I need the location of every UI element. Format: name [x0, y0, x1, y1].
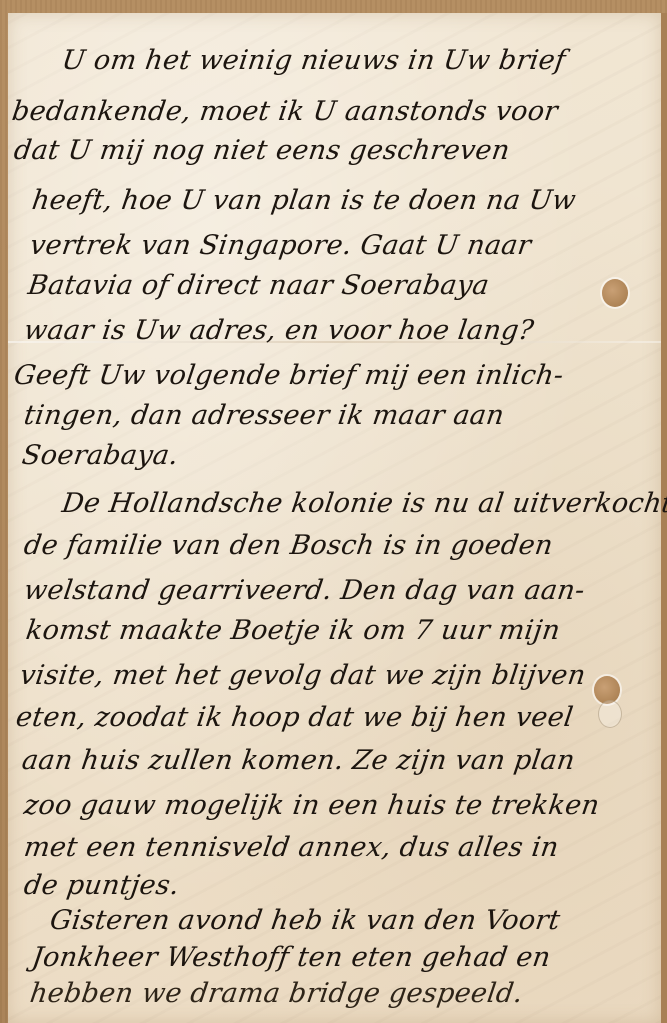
letter-line: welstand gearriveerd. Den dag van aan-: [22, 575, 587, 606]
letter-line: Soerabaya.: [20, 440, 180, 471]
letter-line: vertrek van Singapore. Gaat U naar: [28, 230, 533, 261]
letter-line: Jonkheer Westhoff ten eten gehad en: [30, 942, 553, 973]
letter-line: de familie van den Bosch is in goeden: [22, 530, 555, 561]
letter-line: komst maakte Boetje ik om 7 uur mijn: [24, 615, 562, 646]
letter-line: hebben we drama bridge gespeeld.: [28, 978, 525, 1009]
letter-line: U om het weinig nieuws in Uw brief: [60, 45, 568, 76]
letter-line: de puntjes.: [22, 870, 181, 901]
letter-line: heeft, hoe U van plan is te doen na Uw: [30, 185, 578, 216]
letter-line: aan huis zullen komen. Ze zijn van plan: [20, 745, 577, 776]
letter-line: met een tennisveld annex, dus alles in: [22, 832, 561, 863]
letter-line: visite, met het gevolg dat we zijn blijv…: [18, 660, 588, 691]
letter-line: bedankende, moet ik U aanstonds voor: [10, 96, 560, 127]
letter-line: dat U mij nog niet eens geschreven: [12, 135, 512, 166]
letter-line: waar is Uw adres, en voor hoe lang?: [22, 315, 536, 346]
letter-line: De Hollandsche kolonie is nu al uitverko…: [60, 488, 667, 519]
letter-line: Gisteren avond heb ik van den Voort: [48, 905, 562, 936]
letter-line: eten, zoodat ik hoop dat we bij hen veel: [14, 702, 575, 733]
letter-line: Geeft Uw volgende brief mij een inlich-: [12, 360, 566, 391]
letter-line: tingen, dan adresseer ik maar aan: [22, 400, 506, 431]
letter-line: zoo gauw mogelijk in een huis te trekken: [22, 790, 601, 821]
letter-line: Batavia of direct naar Soerabaya: [26, 270, 491, 301]
letter-body: U om het weinig nieuws in Uw brief bedan…: [0, 0, 667, 1023]
